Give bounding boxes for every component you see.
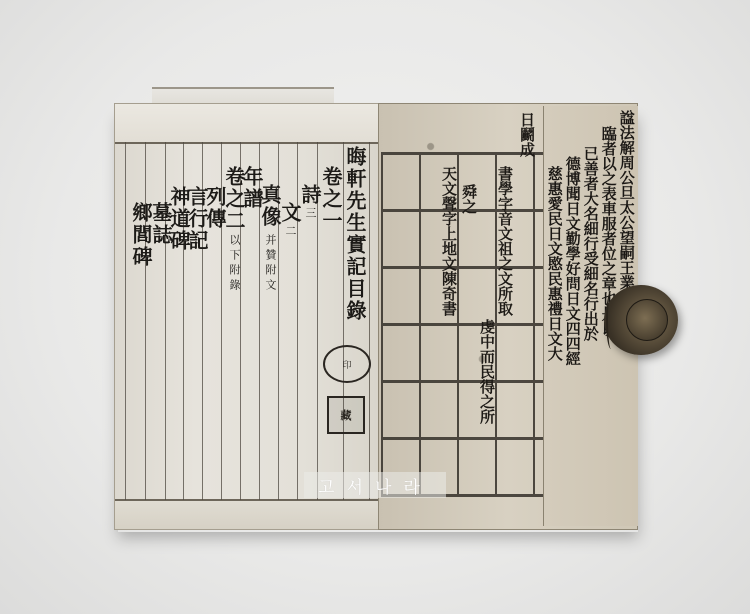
toc-poems: 詩 xyxy=(300,184,320,206)
weight-ring xyxy=(606,291,616,349)
toc-volume-2: 卷之二 xyxy=(224,166,244,232)
square-seal-stamp: 藏 xyxy=(327,396,365,434)
photo-scene: 晦軒先生實記目錄 卷之一 詩 三 文 二 真像 并贊附文 年譜 卷之二 以下附錄… xyxy=(0,0,750,614)
toc-volume-2-note: 以下附錄 xyxy=(229,234,240,294)
toc-prose: 文 xyxy=(280,202,300,224)
toc-portrait-note: 并贊附文 xyxy=(265,234,276,294)
column-rule xyxy=(369,142,370,500)
left-page-top-margin xyxy=(115,104,383,144)
right-page-manuscript: 日鬬成 書學字音文祖之文所取 舜之 天文聲字上地文陳奇書 虔中而民得之所 諡法解… xyxy=(378,103,638,530)
weight-knob xyxy=(626,299,668,341)
oval-seal-text: 印 xyxy=(342,358,351,371)
column-rule xyxy=(165,142,166,500)
grid-column-text: 書學字音文祖之文所取 xyxy=(497,166,512,316)
watermark: 고서나라 xyxy=(304,472,446,498)
side-column-text: 慈惠愛民日文愍民惠禮日文大 xyxy=(546,166,562,361)
square-seal-text: 藏 xyxy=(341,407,352,423)
side-column-text: 德博聞日文勤學好問日文四四經 xyxy=(564,156,580,366)
oval-seal-stamp: 印 xyxy=(323,345,371,383)
column-rule xyxy=(125,142,126,500)
left-page-bottom-margin xyxy=(115,499,383,529)
left-page-table-of-contents: 晦軒先生實記目錄 卷之一 詩 三 文 二 真像 并贊附文 年譜 卷之二 以下附錄… xyxy=(114,103,384,530)
toc-poems-note: 三 xyxy=(305,207,316,222)
toc-epitaph: 墓誌 xyxy=(151,202,171,246)
grid-column-text: 虔中而民得之所 xyxy=(479,319,494,424)
book-title: 晦軒先生實記目錄 xyxy=(345,146,365,322)
grid-column-text: 天文聲字上地文陳奇書 xyxy=(441,166,456,316)
toc-village-stele: 鄉閭碑 xyxy=(131,202,151,268)
toc-volume-1: 卷之一 xyxy=(321,166,341,232)
grid-column-text: 舜之 xyxy=(461,184,476,214)
grid-column-text: 日鬬成 xyxy=(519,112,534,157)
toc-prose-note: 二 xyxy=(285,225,296,240)
brass-page-weight xyxy=(604,285,678,355)
side-column-text: 已善者大名細行受細名行出於 xyxy=(582,146,598,341)
column-rule xyxy=(145,142,146,500)
